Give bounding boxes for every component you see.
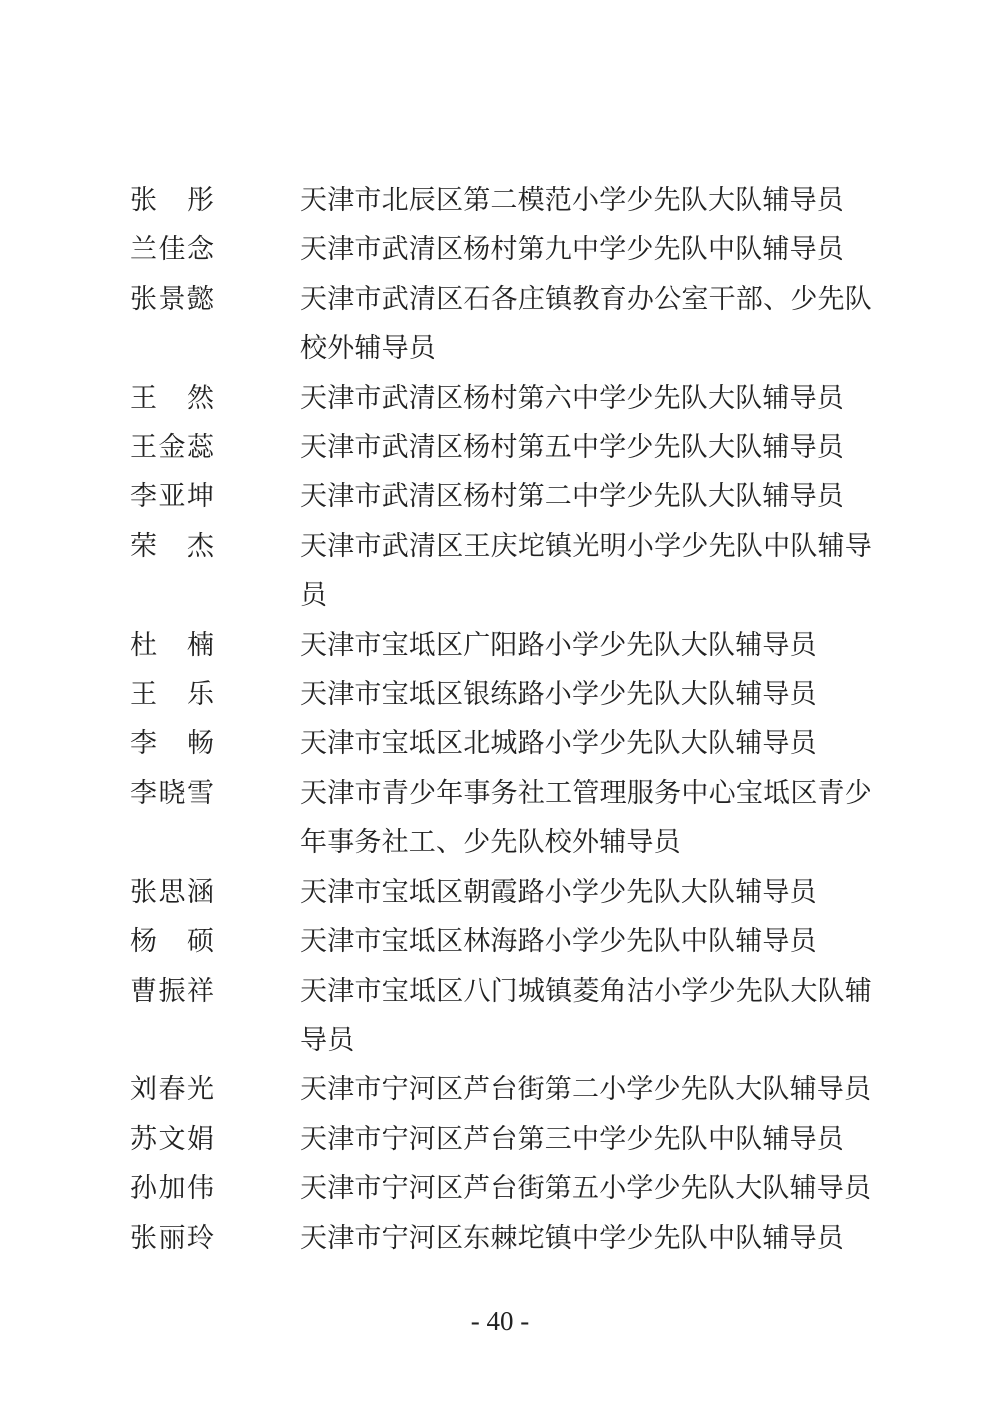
list-item: 王 然 天津市武清区杨村第六中学少先队大队辅导员 <box>130 374 872 423</box>
person-title: 天津市武清区杨村第二中学少先队大队辅导员 <box>300 472 872 521</box>
person-title: 天津市宝坻区广阳路小学少先队大队辅导员 <box>300 621 872 670</box>
person-name: 李亚坤 <box>130 472 300 521</box>
list-item: 孙加伟 天津市宁河区芦台街第五小学少先队大队辅导员 <box>130 1164 872 1213</box>
person-name: 张思涵 <box>130 868 300 917</box>
person-name: 王 乐 <box>130 670 300 719</box>
person-name: 荣 杰 <box>130 522 300 571</box>
person-title: 天津市武清区杨村第六中学少先队大队辅导员 <box>300 374 872 423</box>
person-name: 张 彤 <box>130 176 300 225</box>
person-title: 天津市青少年事务社工管理服务中心宝坻区青少年事务社工、少先队校外辅导员 <box>300 769 872 868</box>
person-title: 天津市宁河区芦台街第二小学少先队大队辅导员 <box>300 1065 872 1114</box>
list-item: 张景懿 天津市武清区石各庄镇教育办公室干部、少先队校外辅导员 <box>130 275 872 374</box>
list-item: 李亚坤 天津市武清区杨村第二中学少先队大队辅导员 <box>130 472 872 521</box>
person-title: 天津市宁河区东棘坨镇中学少先队中队辅导员 <box>300 1214 872 1263</box>
person-title: 天津市宝坻区银练路小学少先队大队辅导员 <box>300 670 872 719</box>
list-item: 张思涵 天津市宝坻区朝霞路小学少先队大队辅导员 <box>130 868 872 917</box>
list-item: 曹振祥 天津市宝坻区八门城镇菱角沽小学少先队大队辅导员 <box>130 967 872 1066</box>
list-item: 兰佳念 天津市武清区杨村第九中学少先队中队辅导员 <box>130 225 872 274</box>
list-item: 王 乐 天津市宝坻区银练路小学少先队大队辅导员 <box>130 670 872 719</box>
list-item: 杜 楠 天津市宝坻区广阳路小学少先队大队辅导员 <box>130 621 872 670</box>
list-item: 张丽玲 天津市宁河区东棘坨镇中学少先队中队辅导员 <box>130 1214 872 1263</box>
person-title: 天津市武清区杨村第五中学少先队大队辅导员 <box>300 423 872 472</box>
list-item: 苏文娟 天津市宁河区芦台第三中学少先队中队辅导员 <box>130 1115 872 1164</box>
person-name: 张景懿 <box>130 275 300 324</box>
person-name: 张丽玲 <box>130 1214 300 1263</box>
person-name: 孙加伟 <box>130 1164 300 1213</box>
person-name: 王 然 <box>130 374 300 423</box>
page-number: - 40 - <box>0 1303 1000 1339</box>
list-item: 荣 杰 天津市武清区王庆坨镇光明小学少先队中队辅导员 <box>130 522 872 621</box>
list-item: 张 彤 天津市北辰区第二模范小学少先队大队辅导员 <box>130 176 872 225</box>
person-name: 曹振祥 <box>130 967 300 1016</box>
list-item: 刘春光 天津市宁河区芦台街第二小学少先队大队辅导员 <box>130 1065 872 1114</box>
person-name: 兰佳念 <box>130 225 300 274</box>
person-title: 天津市宝坻区八门城镇菱角沽小学少先队大队辅导员 <box>300 967 872 1066</box>
person-title: 天津市宁河区芦台第三中学少先队中队辅导员 <box>300 1115 872 1164</box>
list-item: 王金蕊 天津市武清区杨村第五中学少先队大队辅导员 <box>130 423 872 472</box>
person-title: 天津市宝坻区朝霞路小学少先队大队辅导员 <box>300 868 872 917</box>
person-name: 刘春光 <box>130 1065 300 1114</box>
person-title: 天津市武清区王庆坨镇光明小学少先队中队辅导员 <box>300 522 872 621</box>
person-title: 天津市宁河区芦台街第五小学少先队大队辅导员 <box>300 1164 872 1213</box>
person-name: 杨 硕 <box>130 917 300 966</box>
person-title: 天津市武清区杨村第九中学少先队中队辅导员 <box>300 225 872 274</box>
person-title: 天津市宝坻区北城路小学少先队大队辅导员 <box>300 719 872 768</box>
person-name: 王金蕊 <box>130 423 300 472</box>
list-item: 李晓雪 天津市青少年事务社工管理服务中心宝坻区青少年事务社工、少先队校外辅导员 <box>130 769 872 868</box>
person-title: 天津市武清区石各庄镇教育办公室干部、少先队校外辅导员 <box>300 275 872 374</box>
person-name: 李 畅 <box>130 719 300 768</box>
counselor-list: 张 彤 天津市北辰区第二模范小学少先队大队辅导员 兰佳念 天津市武清区杨村第九中… <box>130 176 872 1263</box>
person-name: 苏文娟 <box>130 1115 300 1164</box>
person-title: 天津市宝坻区林海路小学少先队中队辅导员 <box>300 917 872 966</box>
person-title: 天津市北辰区第二模范小学少先队大队辅导员 <box>300 176 872 225</box>
list-item: 杨 硕 天津市宝坻区林海路小学少先队中队辅导员 <box>130 917 872 966</box>
list-item: 李 畅 天津市宝坻区北城路小学少先队大队辅导员 <box>130 719 872 768</box>
person-name: 李晓雪 <box>130 769 300 818</box>
document-page: 张 彤 天津市北辰区第二模范小学少先队大队辅导员 兰佳念 天津市武清区杨村第九中… <box>0 0 1000 1414</box>
person-name: 杜 楠 <box>130 621 300 670</box>
